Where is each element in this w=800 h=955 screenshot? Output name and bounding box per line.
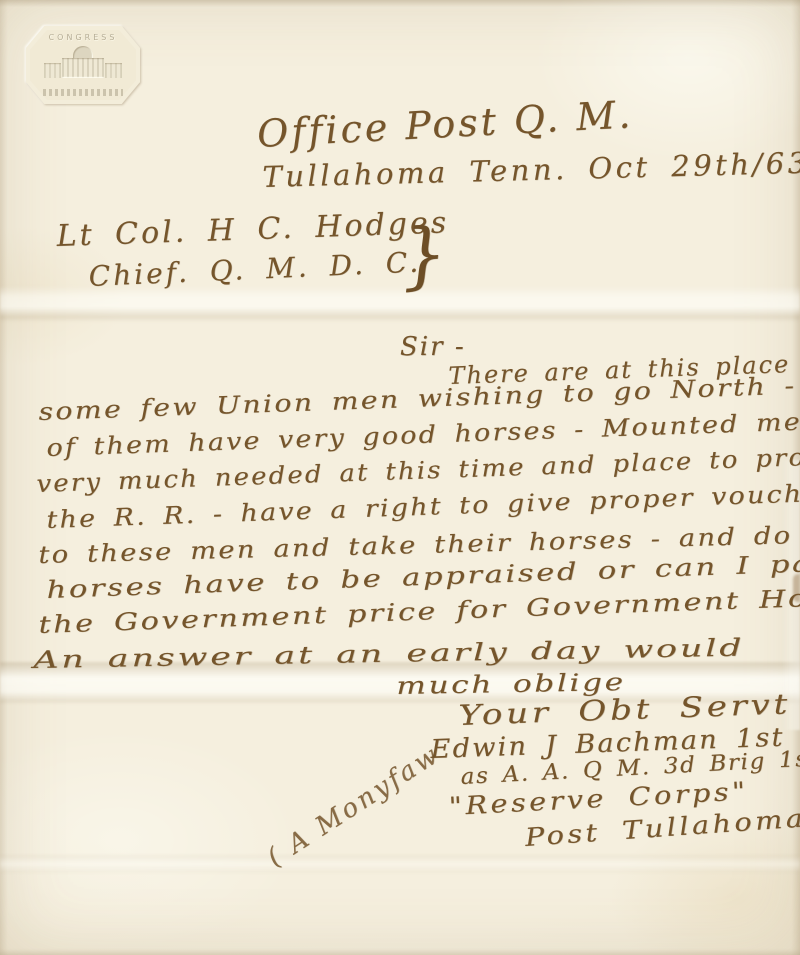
heading-place-date-line: Tullahoma Tenn. Oct 29th/63 [262, 146, 800, 194]
embossed-stamp-octagon: CONGRESS [26, 26, 140, 104]
letter-page: CONGRESS Office Post Q. M. Tullahoma Ten… [0, 0, 800, 955]
capitol-right-wing-icon [105, 63, 122, 78]
embossed-stamp-text: CONGRESS [26, 33, 140, 42]
embossed-stamp-bottom-lettering [43, 89, 123, 96]
addressee-title-line: Chief. Q. M. D. C. [88, 245, 422, 292]
fold-crease-bottom [0, 855, 800, 873]
capitol-building-icon [44, 46, 122, 80]
capitol-main-block-icon [62, 58, 104, 78]
embossed-stamp: CONGRESS [26, 26, 140, 104]
capitol-left-wing-icon [44, 63, 61, 78]
body-line-9: An answer at an early day would [33, 634, 745, 674]
diagonal-annotation: ( A Monyfaw [262, 739, 446, 873]
salutation: Sir - [400, 332, 466, 362]
heading-office-line: Office Post Q. M. [256, 92, 634, 156]
